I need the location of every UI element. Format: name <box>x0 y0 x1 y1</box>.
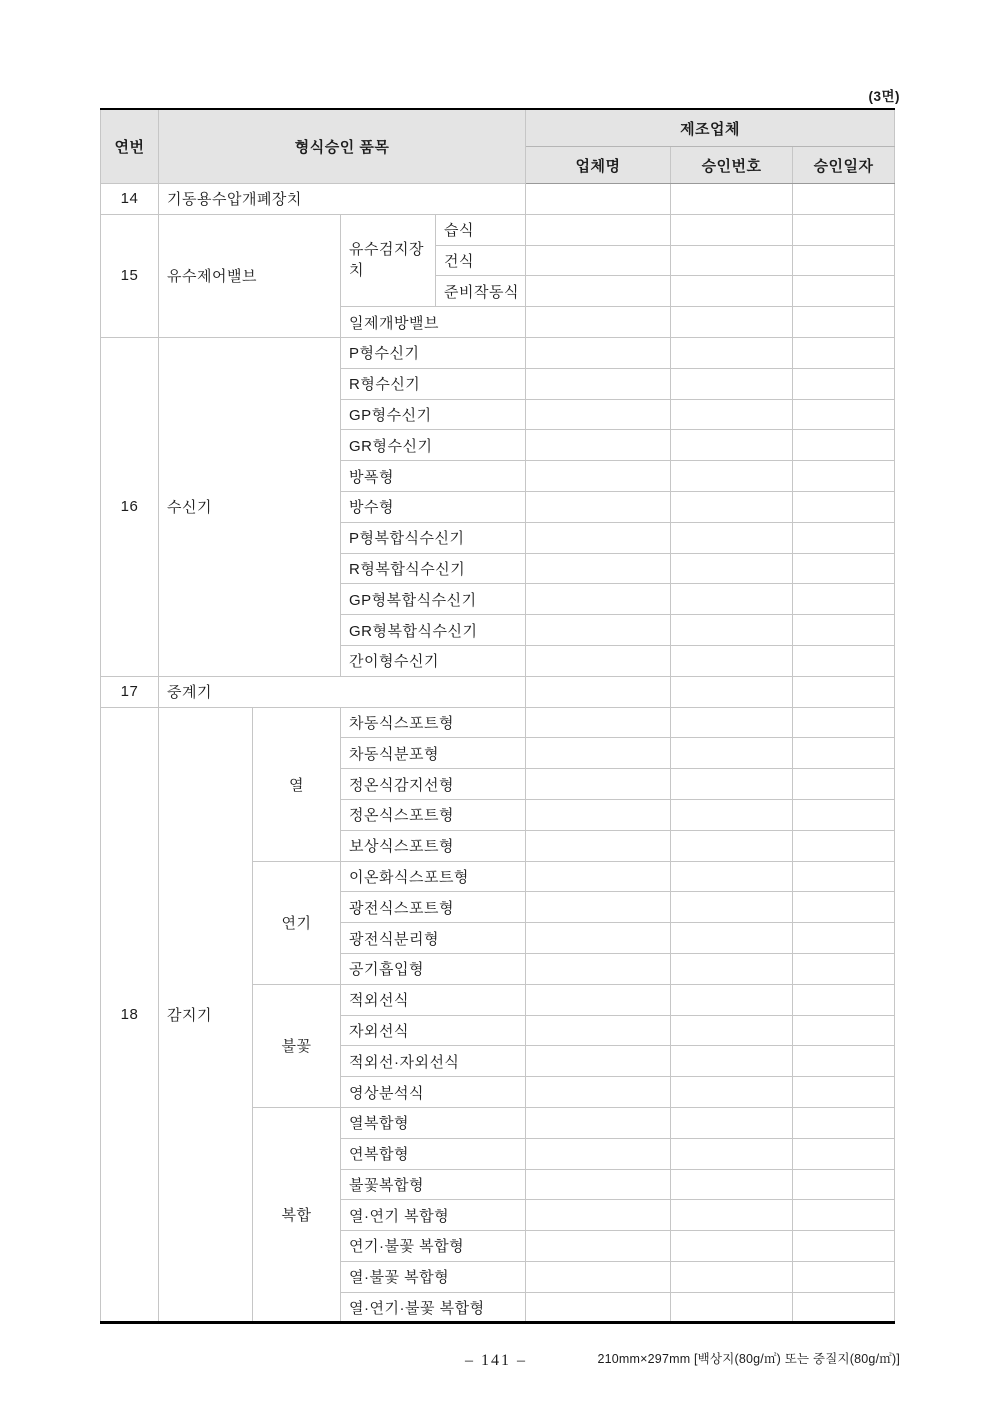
company-cell <box>526 307 671 338</box>
approval-date-cell <box>793 1231 895 1262</box>
header-no: 연번 <box>101 109 159 184</box>
item-type: 준비작동식 <box>436 276 526 307</box>
approval-date-cell <box>793 799 895 830</box>
item-name: 수신기 <box>159 337 341 676</box>
item-type: 불꽃복합형 <box>341 1169 526 1200</box>
item-name: 기동용수압개폐장치 <box>159 184 526 215</box>
approval-no-cell <box>671 830 793 861</box>
approval-date-cell <box>793 892 895 923</box>
approval-no-cell <box>671 799 793 830</box>
row-no: 17 <box>101 676 159 707</box>
approval-no-cell <box>671 461 793 492</box>
item-type: GR형수신기 <box>341 430 526 461</box>
item-group: 불꽃 <box>253 984 341 1107</box>
approval-no-cell <box>671 1169 793 1200</box>
approval-no-cell <box>671 1046 793 1077</box>
company-cell <box>526 584 671 615</box>
table-header: 연번 형식승인 품목 제조업체 업체명 승인번호 승인일자 <box>101 109 895 184</box>
company-cell <box>526 1169 671 1200</box>
approval-no-cell <box>671 953 793 984</box>
approval-no-cell <box>671 615 793 646</box>
approval-date-cell <box>793 984 895 1015</box>
item-type: R형수신기 <box>341 368 526 399</box>
approval-no-cell <box>671 1292 793 1323</box>
approval-date-cell <box>793 522 895 553</box>
item-type: 열·불꽃 복합형 <box>341 1261 526 1292</box>
company-cell <box>526 491 671 522</box>
approval-date-cell <box>793 399 895 430</box>
approval-no-cell <box>671 245 793 276</box>
row-no: 16 <box>101 337 159 676</box>
item-type: 열·연기 복합형 <box>341 1200 526 1231</box>
row-no: 18 <box>101 707 159 1323</box>
approval-date-cell <box>793 953 895 984</box>
approval-no-cell <box>671 645 793 676</box>
item-type: 영상분석식 <box>341 1077 526 1108</box>
item-type: 적외선식 <box>341 984 526 1015</box>
approval-no-cell <box>671 1138 793 1169</box>
item-subgroup: 유수검지장치 <box>341 214 436 306</box>
approval-date-cell <box>793 1015 895 1046</box>
approval-no-cell <box>671 214 793 245</box>
company-cell <box>526 276 671 307</box>
company-cell <box>526 645 671 676</box>
approval-date-cell <box>793 276 895 307</box>
approval-no-cell <box>671 184 793 215</box>
item-type: 적외선·자외선식 <box>341 1046 526 1077</box>
item-type: 정온식스포트형 <box>341 799 526 830</box>
item-type: 방수형 <box>341 491 526 522</box>
approval-date-cell <box>793 707 895 738</box>
approval-date-cell <box>793 645 895 676</box>
approval-no-cell <box>671 984 793 1015</box>
approval-date-cell <box>793 584 895 615</box>
table-row: 14기동용수압개폐장치 <box>101 184 895 215</box>
company-cell <box>526 461 671 492</box>
approval-date-cell <box>793 430 895 461</box>
item-type: 연기·불꽃 복합형 <box>341 1231 526 1262</box>
item-type: P형복합식수신기 <box>341 522 526 553</box>
approval-no-cell <box>671 1107 793 1138</box>
approval-no-cell <box>671 769 793 800</box>
table-row: 16수신기P형수신기 <box>101 337 895 368</box>
approval-no-cell <box>671 738 793 769</box>
approval-no-cell <box>671 584 793 615</box>
company-cell <box>526 184 671 215</box>
approval-date-cell <box>793 1292 895 1323</box>
approval-date-cell <box>793 1138 895 1169</box>
approval-no-cell <box>671 892 793 923</box>
item-type: 습식 <box>436 214 526 245</box>
company-cell <box>526 1046 671 1077</box>
approval-date-cell <box>793 307 895 338</box>
company-cell <box>526 553 671 584</box>
company-cell <box>526 522 671 553</box>
item-type: 차동식스포트형 <box>341 707 526 738</box>
company-cell <box>526 1261 671 1292</box>
company-cell <box>526 923 671 954</box>
approval-no-cell <box>671 923 793 954</box>
item-type: 광전식분리형 <box>341 923 526 954</box>
table-body: 14기동용수압개폐장치15유수제어밸브유수검지장치습식건식준비작동식일제개방밸브… <box>101 184 895 1323</box>
item-type: 광전식스포트형 <box>341 892 526 923</box>
header-manufacturer: 제조업체 <box>526 109 895 147</box>
approval-no-cell <box>671 522 793 553</box>
item-type: 열·연기·불꽃 복합형 <box>341 1292 526 1323</box>
approval-date-cell <box>793 769 895 800</box>
company-cell <box>526 799 671 830</box>
approval-date-cell <box>793 1261 895 1292</box>
company-cell <box>526 615 671 646</box>
company-cell <box>526 892 671 923</box>
approval-no-cell <box>671 368 793 399</box>
approval-date-cell <box>793 676 895 707</box>
item-type: 방폭형 <box>341 461 526 492</box>
company-cell <box>526 707 671 738</box>
approval-date-cell <box>793 923 895 954</box>
company-cell <box>526 1138 671 1169</box>
company-cell <box>526 1107 671 1138</box>
approval-date-cell <box>793 214 895 245</box>
company-cell <box>526 1200 671 1231</box>
approval-no-cell <box>671 1231 793 1262</box>
item-type: GR형복합식수신기 <box>341 615 526 646</box>
company-cell <box>526 1015 671 1046</box>
item-name: 중계기 <box>159 676 526 707</box>
approval-no-cell <box>671 676 793 707</box>
approval-no-cell <box>671 861 793 892</box>
page-marker: (3면) <box>868 85 900 105</box>
approval-date-cell <box>793 861 895 892</box>
item-group: 복합 <box>253 1107 341 1323</box>
item-type: GP형복합식수신기 <box>341 584 526 615</box>
header-approval-no: 승인번호 <box>671 147 793 184</box>
company-cell <box>526 676 671 707</box>
item-subgroup: 일제개방밸브 <box>341 307 526 338</box>
row-no: 14 <box>101 184 159 215</box>
approval-no-cell <box>671 1200 793 1231</box>
approval-date-cell <box>793 1200 895 1231</box>
company-cell <box>526 399 671 430</box>
approval-date-cell <box>793 1107 895 1138</box>
approval-no-cell <box>671 1015 793 1046</box>
item-type: GP형수신기 <box>341 399 526 430</box>
table-row: 17중계기 <box>101 676 895 707</box>
approval-no-cell <box>671 307 793 338</box>
approval-no-cell <box>671 1261 793 1292</box>
item-type: 정온식감지선형 <box>341 769 526 800</box>
company-cell <box>526 738 671 769</box>
approval-date-cell <box>793 830 895 861</box>
item-type: 열복합형 <box>341 1107 526 1138</box>
approval-date-cell <box>793 461 895 492</box>
approval-no-cell <box>671 553 793 584</box>
item-type: P형수신기 <box>341 337 526 368</box>
company-cell <box>526 1231 671 1262</box>
item-type: 간이형수신기 <box>341 645 526 676</box>
item-type: 자외선식 <box>341 1015 526 1046</box>
item-name: 감지기 <box>159 707 253 1323</box>
company-cell <box>526 1077 671 1108</box>
approval-date-cell <box>793 491 895 522</box>
item-type: 보상식스포트형 <box>341 830 526 861</box>
item-type: 건식 <box>436 245 526 276</box>
company-cell <box>526 984 671 1015</box>
approval-date-cell <box>793 337 895 368</box>
item-type: 이온화식스포트형 <box>341 861 526 892</box>
approval-date-cell <box>793 553 895 584</box>
header-company: 업체명 <box>526 147 671 184</box>
company-cell <box>526 769 671 800</box>
approval-date-cell <box>793 738 895 769</box>
item-type: 공기흡입형 <box>341 953 526 984</box>
approval-date-cell <box>793 368 895 399</box>
item-group: 열 <box>253 707 341 861</box>
company-cell <box>526 430 671 461</box>
company-cell <box>526 245 671 276</box>
approval-no-cell <box>671 430 793 461</box>
approval-no-cell <box>671 276 793 307</box>
header-item: 형식승인 품목 <box>159 109 526 184</box>
table-row: 18감지기열차동식스포트형 <box>101 707 895 738</box>
approval-no-cell <box>671 337 793 368</box>
header-approval-date: 승인일자 <box>793 147 895 184</box>
approval-date-cell <box>793 615 895 646</box>
approval-table: 연번 형식승인 품목 제조업체 업체명 승인번호 승인일자 14기동용수압개폐장… <box>100 108 895 1324</box>
item-name: 유수제어밸브 <box>159 214 341 337</box>
paper-note: 210mm×297mm [백상지(80g/㎡) 또는 중질지(80g/㎡)] <box>597 1349 900 1367</box>
approval-no-cell <box>671 491 793 522</box>
item-type: 차동식분포형 <box>341 738 526 769</box>
item-type: 연복합형 <box>341 1138 526 1169</box>
table-row: 15유수제어밸브유수검지장치습식 <box>101 214 895 245</box>
approval-no-cell <box>671 399 793 430</box>
item-group: 연기 <box>253 861 341 984</box>
company-cell <box>526 953 671 984</box>
approval-date-cell <box>793 1169 895 1200</box>
approval-no-cell <box>671 1077 793 1108</box>
approval-no-cell <box>671 707 793 738</box>
approval-date-cell <box>793 1077 895 1108</box>
company-cell <box>526 861 671 892</box>
company-cell <box>526 214 671 245</box>
company-cell <box>526 830 671 861</box>
item-type: R형복합식수신기 <box>341 553 526 584</box>
company-cell <box>526 337 671 368</box>
company-cell <box>526 1292 671 1323</box>
row-no: 15 <box>101 214 159 337</box>
approval-date-cell <box>793 1046 895 1077</box>
approval-date-cell <box>793 184 895 215</box>
approval-date-cell <box>793 245 895 276</box>
company-cell <box>526 368 671 399</box>
